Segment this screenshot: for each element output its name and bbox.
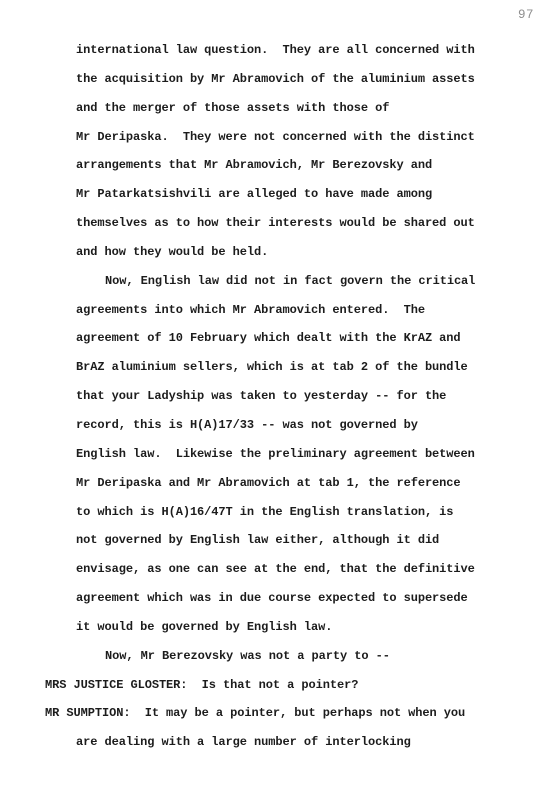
transcript-line: Mr Deripaska and Mr Abramovich at tab 1,… bbox=[45, 469, 558, 498]
transcript-line: and the merger of those assets with thos… bbox=[45, 94, 558, 123]
transcript-line: Mr Deripaska. They were not concerned wi… bbox=[45, 123, 558, 152]
transcript-line: that your Ladyship was taken to yesterda… bbox=[45, 382, 558, 411]
transcript-line: agreement which was in due course expect… bbox=[45, 584, 558, 613]
transcript-line: themselves as to how their interests wou… bbox=[45, 209, 558, 238]
transcript-line: agreements into which Mr Abramovich ente… bbox=[45, 296, 558, 325]
transcript-line: international law question. They are all… bbox=[45, 36, 558, 65]
transcript-line: Now, English law did not in fact govern … bbox=[45, 267, 558, 296]
document-page: 97 international law question. They are … bbox=[0, 0, 558, 789]
transcript-line: English law. Likewise the preliminary ag… bbox=[45, 440, 558, 469]
transcript-lines: international law question. They are all… bbox=[45, 36, 558, 757]
page-number: 97 bbox=[518, 8, 534, 22]
transcript-line: MRS JUSTICE GLOSTER: Is that not a point… bbox=[45, 671, 558, 700]
transcript-line: arrangements that Mr Abramovich, Mr Bere… bbox=[45, 151, 558, 180]
transcript-line: the acquisition by Mr Abramovich of the … bbox=[45, 65, 558, 94]
transcript-line: to which is H(A)16/47T in the English tr… bbox=[45, 498, 558, 527]
transcript-line: record, this is H(A)17/33 -- was not gov… bbox=[45, 411, 558, 440]
transcript-line: not governed by English law either, alth… bbox=[45, 526, 558, 555]
transcript-line: MR SUMPTION: It may be a pointer, but pe… bbox=[45, 699, 558, 728]
transcript-line: it would be governed by English law. bbox=[45, 613, 558, 642]
transcript-line: are dealing with a large number of inter… bbox=[45, 728, 558, 757]
transcript-line: Now, Mr Berezovsky was not a party to -- bbox=[45, 642, 558, 671]
transcript-line: BrAZ aluminium sellers, which is at tab … bbox=[45, 353, 558, 382]
transcript-line: envisage, as one can see at the end, tha… bbox=[45, 555, 558, 584]
transcript-line: and how they would be held. bbox=[45, 238, 558, 267]
transcript-line: agreement of 10 February which dealt wit… bbox=[45, 324, 558, 353]
transcript-line: Mr Patarkatsishvili are alleged to have … bbox=[45, 180, 558, 209]
